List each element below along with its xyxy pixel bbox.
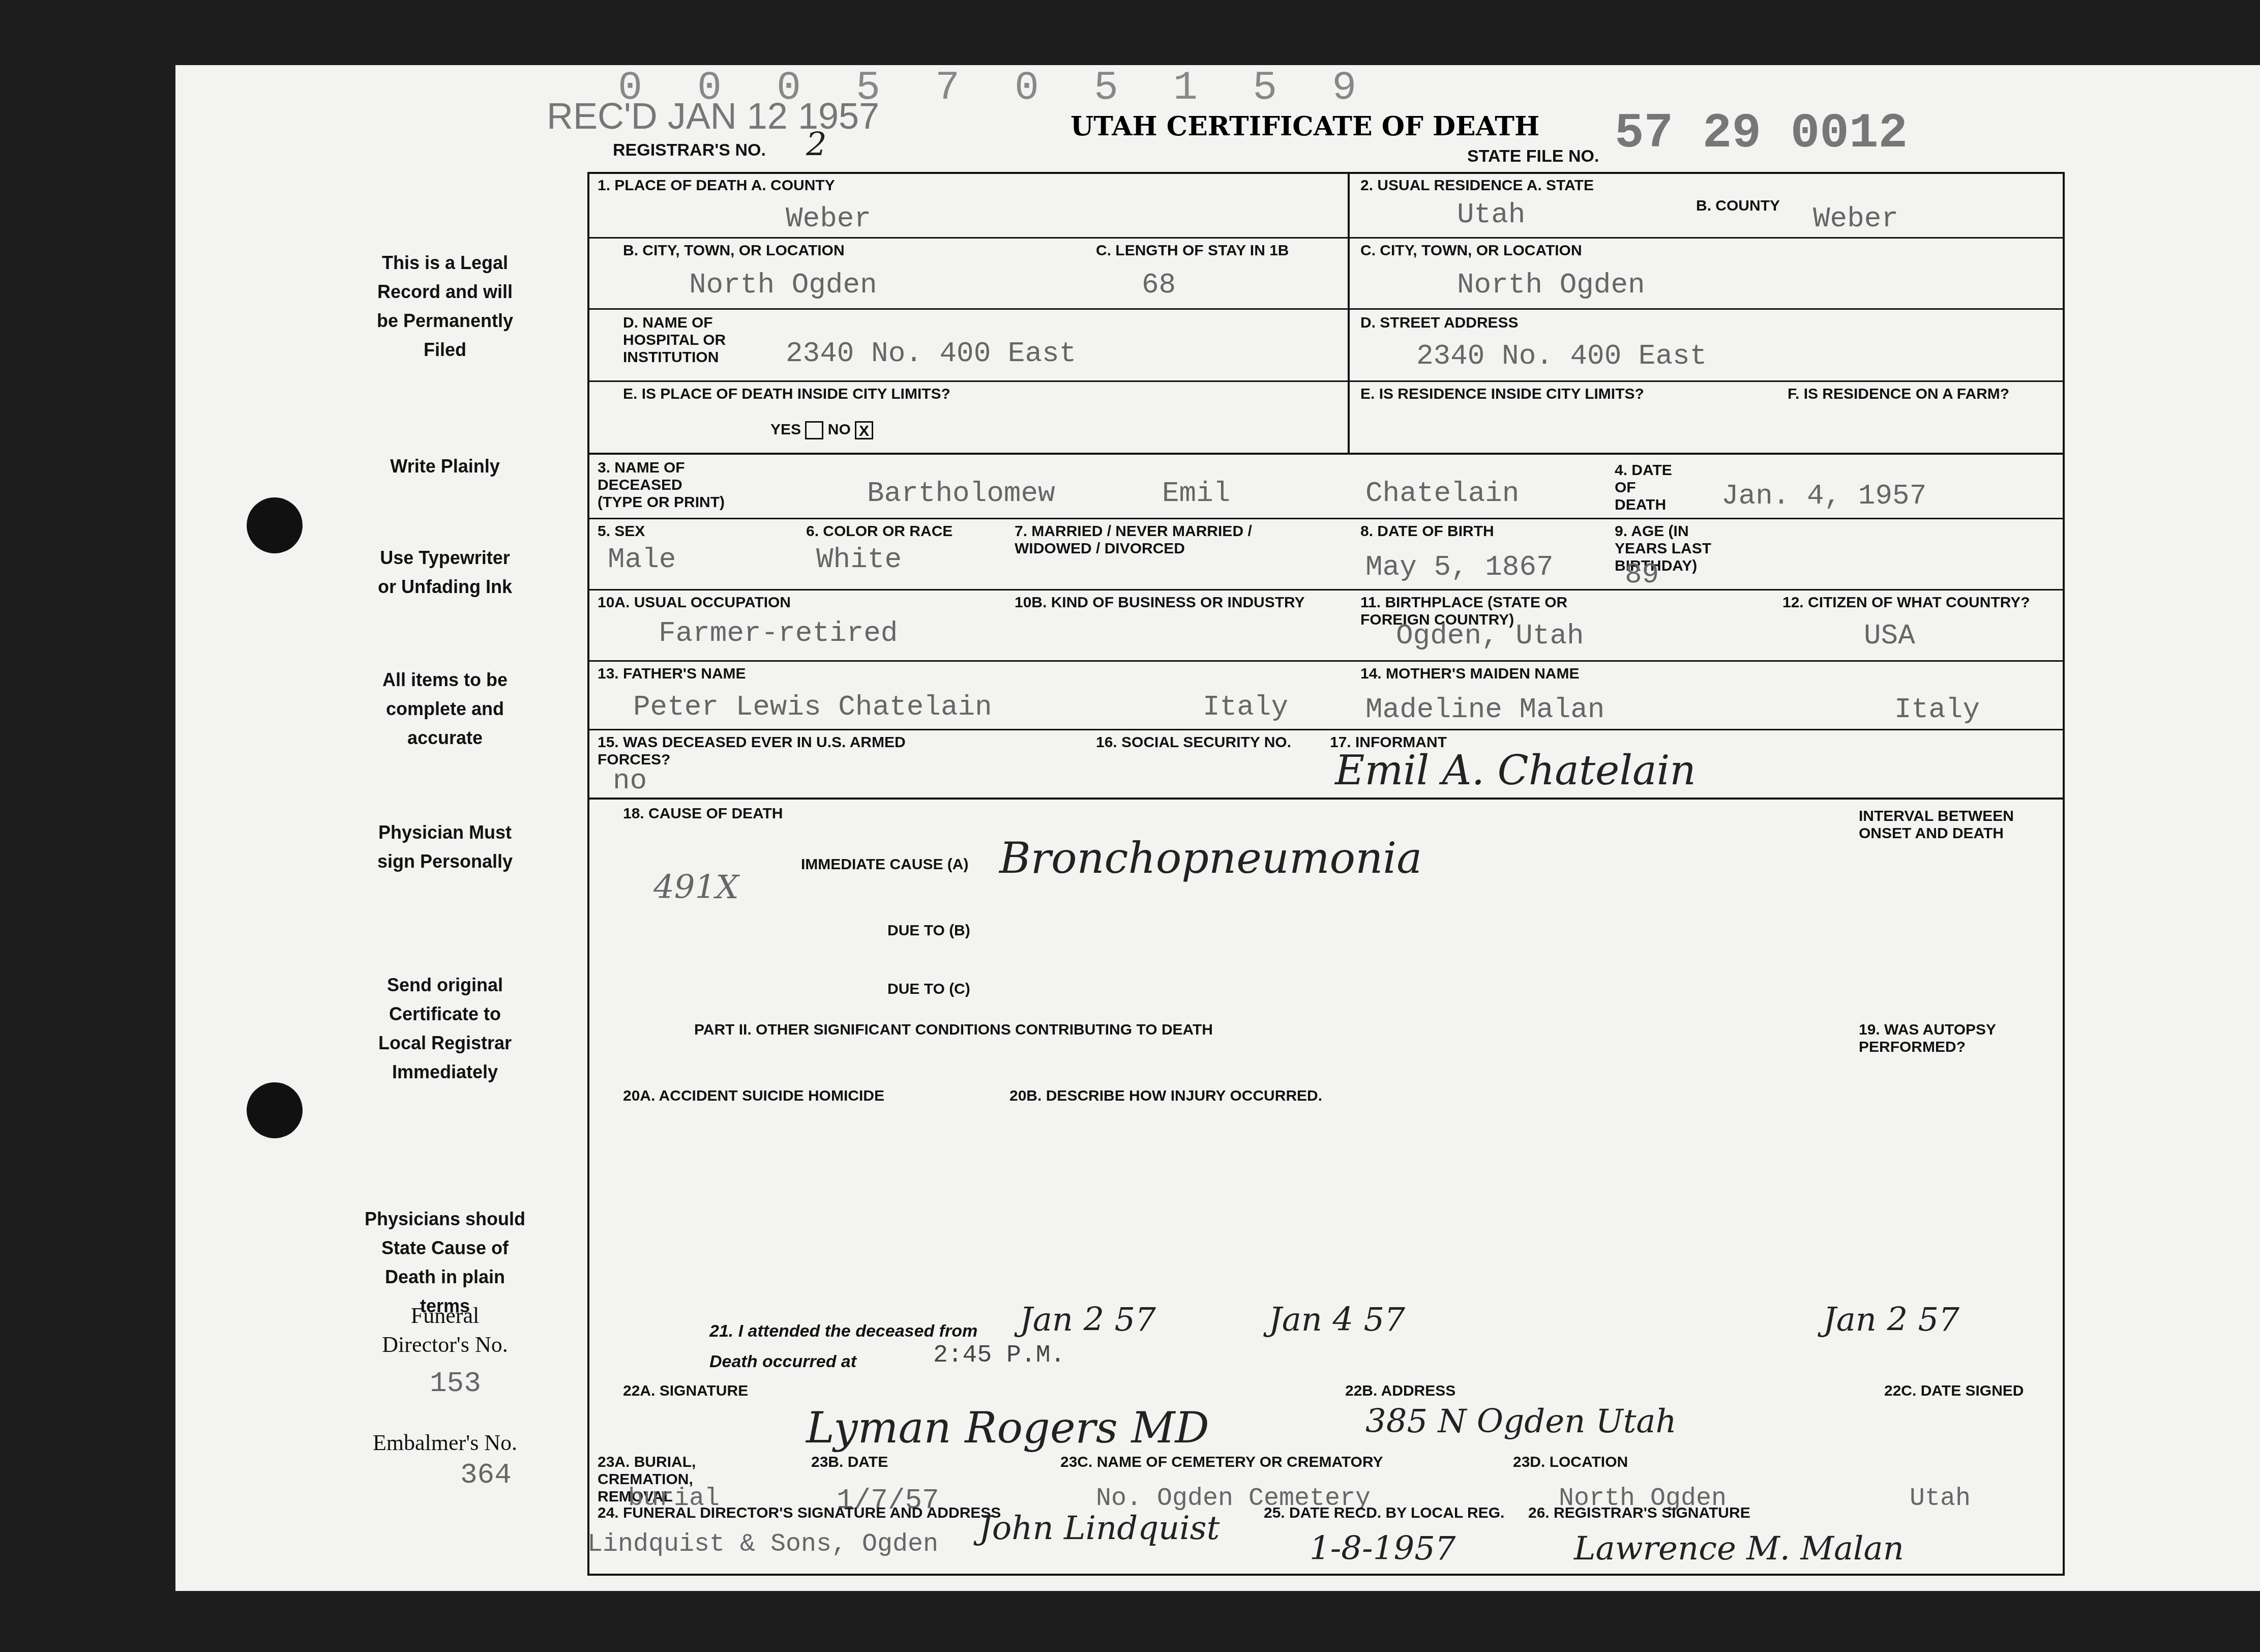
local-reg-label: 25. DATE RECD. BY LOCAL REG. [1264,1504,1504,1522]
institution-field[interactable]: 2340 No. 400 East [786,337,1076,370]
dob-field[interactable]: May 5, 1867 [1365,551,1554,583]
in-city-label: e. IS PLACE OF DEATH INSIDE CITY LIMITS? [623,386,950,403]
county-field[interactable]: Weber [786,202,871,235]
date-death-label: 4. DATE OF DEATH [1615,462,1686,514]
burial-date-label: 23b. DATE [811,1454,888,1471]
occupation-label: 10a. USUAL OCCUPATION [598,594,1004,611]
stay-field[interactable]: 68 [1142,269,1176,301]
accident-label: 20a. ACCIDENT SUICIDE HOMICIDE [623,1087,884,1105]
note-physician-sign: Physician Must sign Personally [369,818,521,876]
race-label: 6. COLOR OR RACE [806,523,953,540]
res-city-field[interactable]: North Ogden [1457,269,1645,301]
citizen-label: 12. CITIZEN OF WHAT COUNTRY? [1782,594,2057,611]
father-field[interactable]: Peter Lewis Chatelain [633,691,992,723]
first-name-field[interactable]: Bartholomew [867,477,1055,510]
in-city-answer[interactable]: YES NO X [770,421,873,439]
date-signed-label: 22c. DATE SIGNED [1884,1382,2024,1400]
residence-label: 2. USUAL RESIDENCE a. STATE [1360,177,1594,194]
res-city-label: c. CITY, TOWN, OR LOCATION [1360,242,1582,259]
citizen-field[interactable]: USA [1864,619,1915,652]
interval-label: INTERVAL BETWEEN ONSET AND DEATH [1859,808,2062,842]
physician-address[interactable]: 385 N Ogden Utah [1365,1403,1677,1440]
funeral-director-no: 153 [430,1367,481,1400]
embalmer-no: 364 [460,1459,512,1491]
res-state-field[interactable]: Utah [1457,198,1525,231]
ssn-label: 16. SOCIAL SECURITY NO. [1096,734,1291,751]
institution-label: d. NAME OF HOSPITAL OR INSTITUTION [623,314,740,366]
father-label: 13. FATHER'S NAME [598,665,746,683]
date-death-field[interactable]: Jan. 4, 1957 [1721,480,1926,512]
farm-label: f. IS RESIDENCE ON A FARM? [1788,386,2009,403]
due-to-c-label: DUE TO (c) [887,981,970,998]
cemetery-label: 23c. NAME OF CEMETERY OR CREMATORY [1060,1454,1383,1471]
punch-hole [247,1082,303,1138]
autopsy-label: 19. WAS AUTOPSY PERFORMED? [1859,1021,2062,1056]
sex-label: 5. SEX [598,523,645,540]
middle-name-field[interactable]: Emil [1162,477,1230,510]
registrar-sig-label: 26. REGISTRAR'S SIGNATURE [1528,1504,1750,1522]
signature-label: 22a. SIGNATURE [623,1382,748,1400]
last-seen[interactable]: Jan 2 57 [1823,1301,1959,1339]
punch-hole [247,497,303,553]
industry-label: 10b. KIND OF BUSINESS OR INDUSTRY [1015,594,1340,611]
address-label: 22b. ADDRESS [1345,1382,1455,1400]
mother-country[interactable]: Italy [1894,693,1980,726]
due-to-b-label: DUE TO (b) [887,922,970,939]
name-label: 3. NAME OF DECEASED (Type or print) [598,459,730,511]
mother-label: 14. MOTHER'S MAIDEN NAME [1360,665,1580,683]
funeral-director-label: Funeral Director's No. [369,1301,521,1359]
received-stamp: REC'D JAN 12 1957 [547,96,879,137]
death-time-label: Death occurred at [709,1352,856,1372]
res-in-city-label: e. IS RESIDENCE INSIDE CITY LIMITS? [1360,386,1644,403]
father-country[interactable]: Italy [1203,691,1288,723]
sex-field[interactable]: Male [608,543,676,576]
state-file-no: 57 29 0012 [1615,106,1908,161]
injury-how-label: 20b. DESCRIBE HOW INJURY OCCURRED. [1009,1087,1322,1105]
note-complete: All items to be complete and accurate [369,665,521,752]
occupation-field[interactable]: Farmer-retired [659,617,898,650]
res-county-label: b. COUNTY [1696,197,1780,215]
note-typewriter: Use Typewriter or Unfading Ink [369,543,521,601]
birthplace-field[interactable]: Ogden, Utah [1396,619,1584,652]
certificate-page: 0 0 0 5 7 0 5 1 5 9 REC'D JAN 12 1957 RE… [175,65,2260,1591]
attended-from[interactable]: Jan 2 57 [1020,1301,1156,1339]
informant-signature[interactable]: Emil A. Chatelain [1335,747,1696,794]
marital-label: 7. MARRIED / NEVER MARRIED / WIDOWED / D… [1015,523,1330,557]
local-reg-date[interactable]: 1-8-1957 [1310,1530,1456,1568]
armed-label: 15. WAS DECEASED EVER IN U.S. ARMED FORC… [598,734,954,769]
page-title: UTAH CERTIFICATE OF DEATH [1070,111,1539,142]
dob-label: 8. DATE OF BIRTH [1360,523,1494,540]
immediate-label: IMMEDIATE CAUSE (a) [801,856,968,873]
city-field[interactable]: North Ogden [689,269,877,301]
embalmer-label: Embalmer's No. [369,1428,521,1457]
registrar-no: 2 [806,126,827,164]
location-label: 23d. LOCATION [1513,1454,1628,1471]
street-label: d. STREET ADDRESS [1360,314,1519,332]
location-state[interactable]: Utah [1910,1484,1971,1513]
county-label: 1. PLACE OF DEATH a. COUNTY [598,177,835,194]
immediate-cause[interactable]: Bronchopneumonia [999,833,1422,883]
age-field[interactable]: 89 [1625,558,1659,591]
res-county-field[interactable]: Weber [1813,202,1898,235]
funeral-field[interactable]: Lindquist & Sons, Ogden [587,1530,938,1559]
mother-field[interactable]: Madeline Malan [1365,693,1604,726]
funeral-label: 24. FUNERAL DIRECTOR'S SIGNATURE AND ADD… [598,1504,1001,1522]
attended-label: 21. I attended the deceased from [709,1321,977,1341]
physician-signature[interactable]: Lyman Rogers MD [806,1403,1209,1453]
registrar-no-label: REGISTRAR'S NO. [613,140,766,160]
note-write-plainly: Write Plainly [369,452,521,481]
cause-code: 491X [653,869,739,906]
attended-to[interactable]: Jan 4 57 [1269,1301,1405,1339]
death-time[interactable]: 2:45 P.M. [933,1342,1065,1369]
street-field[interactable]: 2340 No. 400 East [1416,340,1707,372]
registrar-signature[interactable]: Lawrence M. Malan [1574,1530,1904,1568]
part2-label: PART II. OTHER SIGNIFICANT CONDITIONS CO… [694,1021,1823,1039]
note-send-original: Send original Certificate to Local Regis… [369,970,521,1086]
state-file-label: STATE FILE NO. [1467,146,1599,166]
note-legal-record: This is a Legal Record and will be Perma… [369,248,521,364]
last-name-field[interactable]: Chatelain [1365,477,1519,510]
stay-label: c. LENGTH OF STAY IN 1b [1096,242,1289,259]
funeral-signature[interactable]: John Lindquist [979,1510,1220,1547]
city-label: b. CITY, TOWN, OR LOCATION [623,242,845,259]
cause-label: 18. CAUSE OF DEATH [623,805,783,822]
armed-field[interactable]: no [613,764,647,797]
race-field[interactable]: White [816,543,902,576]
